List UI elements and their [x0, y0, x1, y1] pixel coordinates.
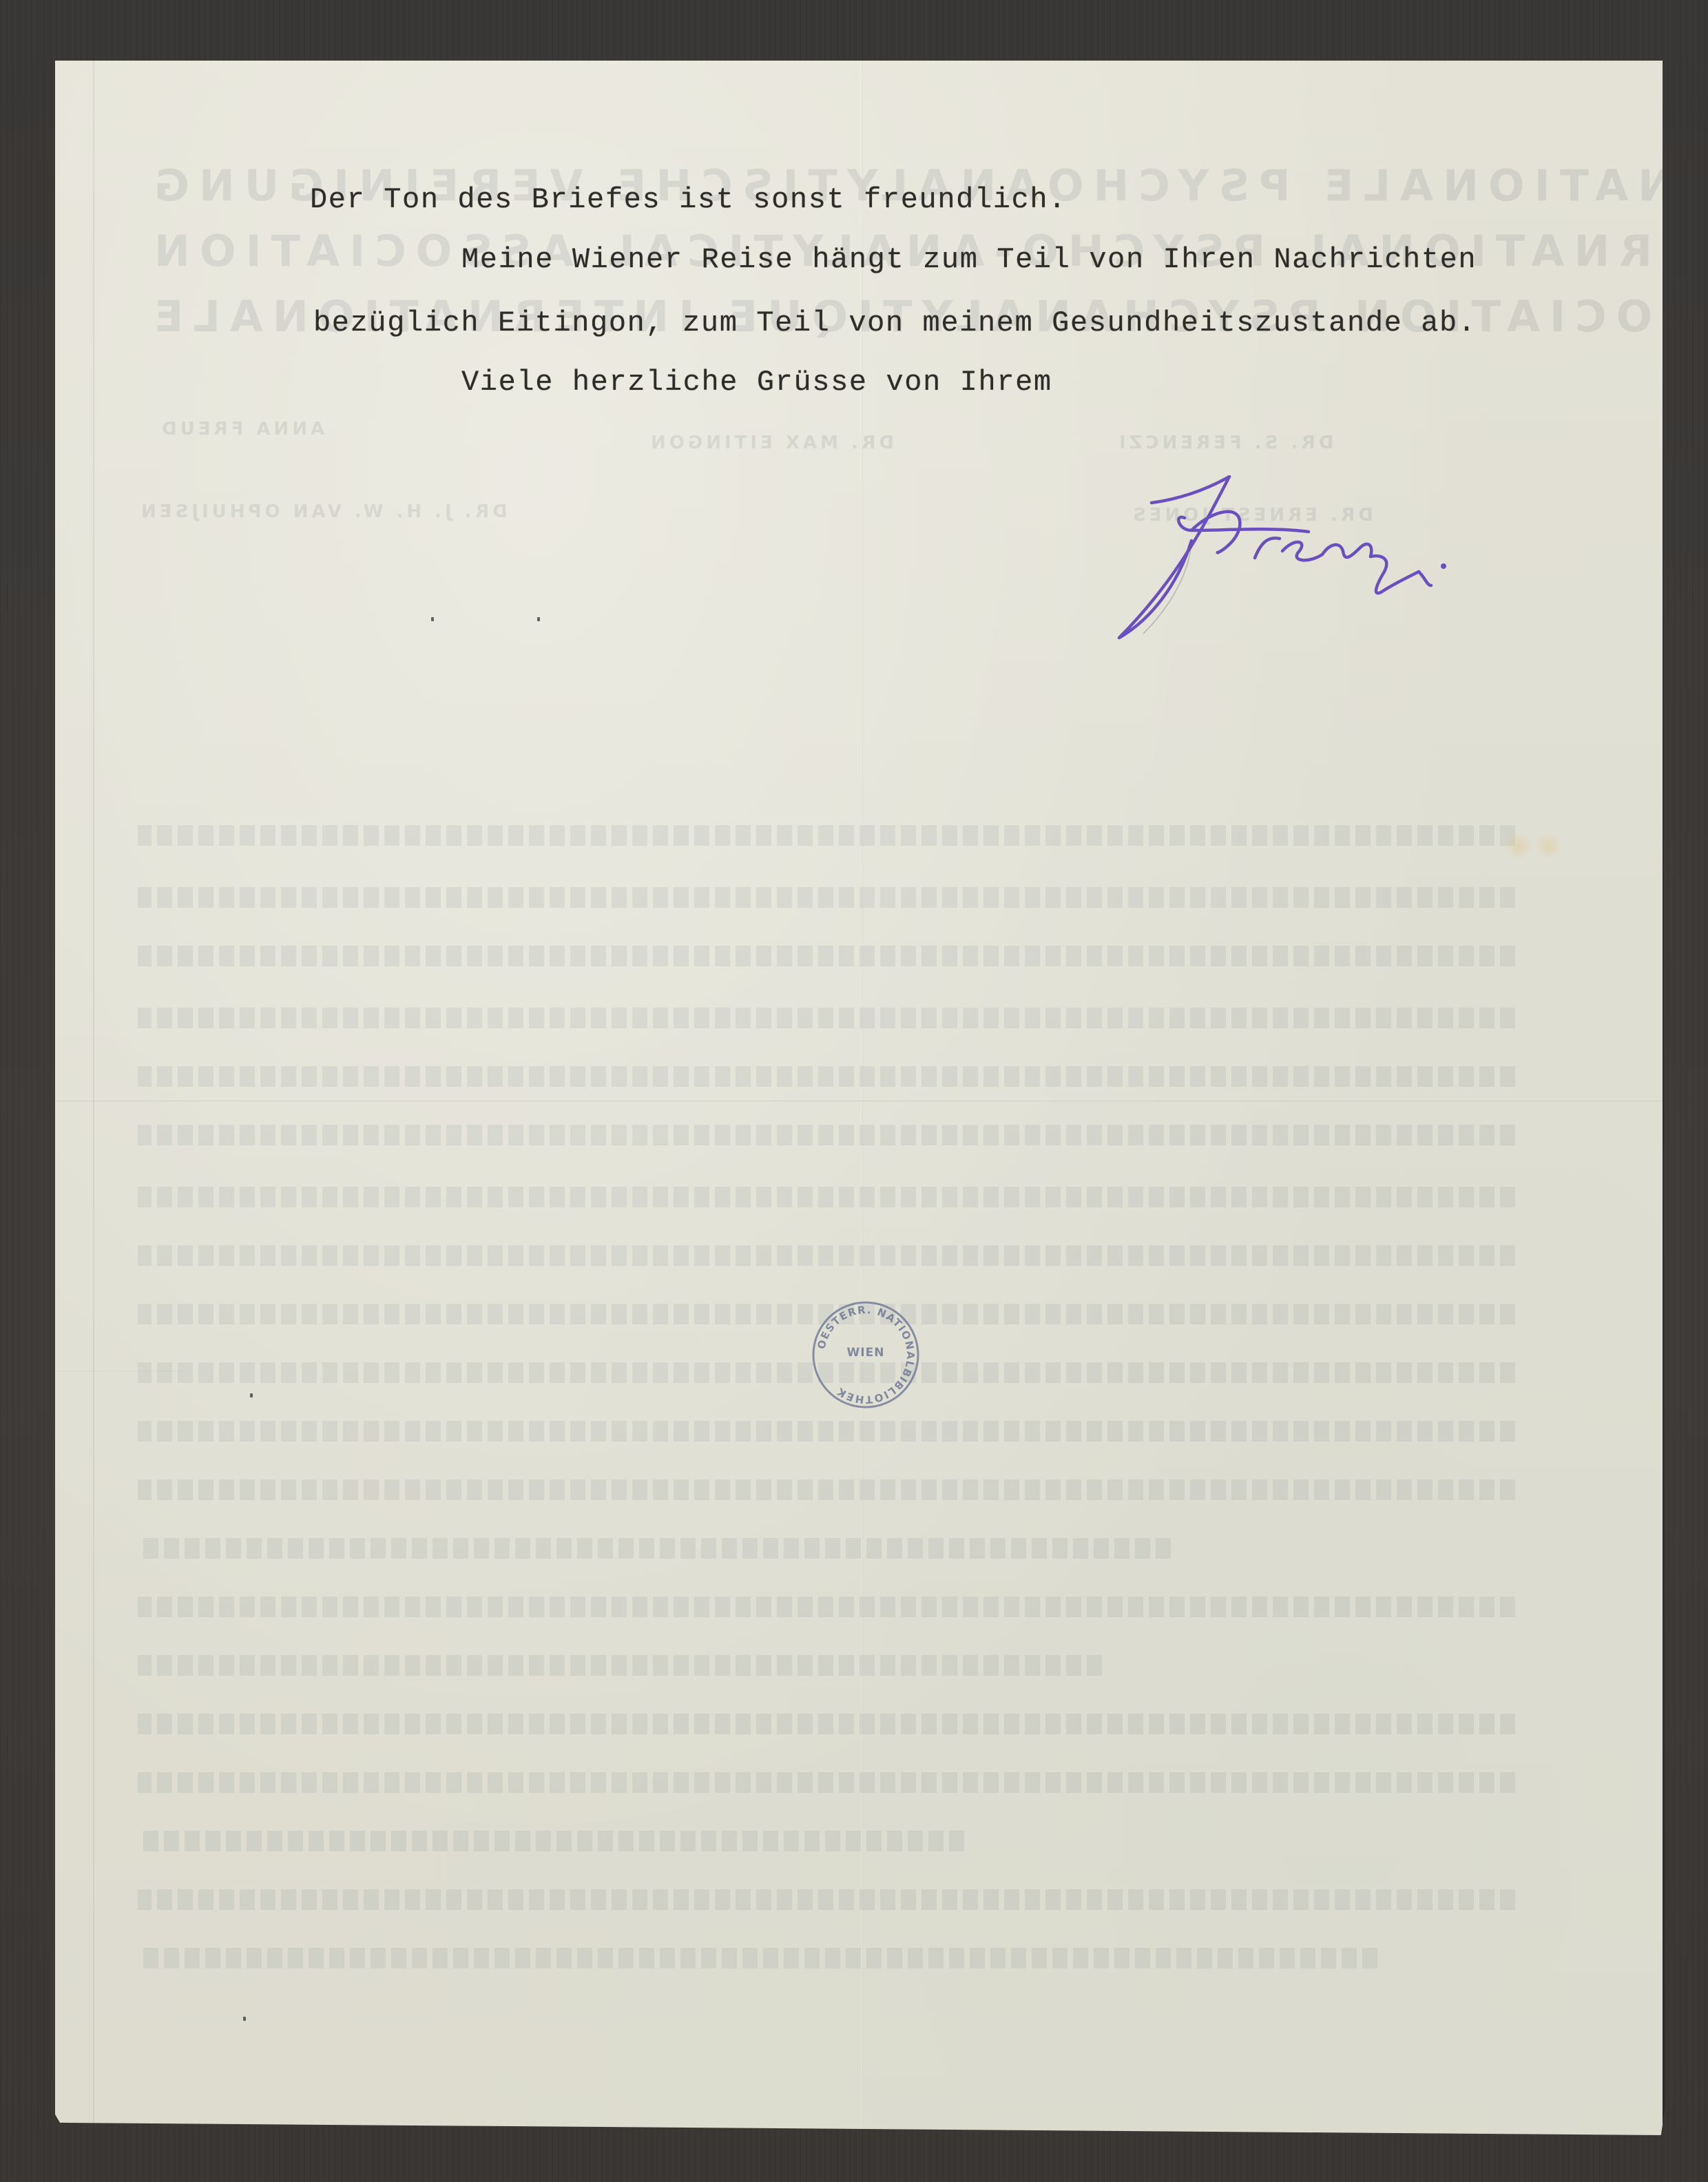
paper-stain — [1505, 832, 1532, 860]
letter-line-1: Der Ton des Briefes ist sonst freundlich… — [310, 183, 1067, 216]
bleed-name-4: DR. J. H. W. VAN OPHUIJSEN — [138, 501, 508, 522]
handwritten-signature: Ferenczi — [1102, 475, 1460, 661]
letter-line-3: bezüglich Eitingon, zum Teil von meinem … — [313, 306, 1477, 340]
letter-line-4: Viele herzliche Grüsse von Ihrem — [461, 366, 1052, 399]
stamp-center-text: WIEN — [811, 1346, 920, 1360]
ink-speck — [431, 617, 434, 621]
ink-speck — [243, 2017, 246, 2021]
signature-icon — [1102, 475, 1460, 661]
left-margin-crease — [93, 61, 94, 2135]
ink-speck — [250, 1393, 253, 1397]
horizontal-fold-line — [55, 1099, 1663, 1101]
library-stamp: OESTERR. NATIONALBIBLIOTHEK WIEN — [811, 1300, 920, 1409]
edge-tear-mark — [55, 1369, 184, 1371]
letter-page: INTERNATIONALE PSYCHOANALYTISCHE VEREINI… — [55, 61, 1663, 2135]
paper-stain — [1536, 832, 1561, 860]
bleed-name-1: ANNA FREUD — [158, 419, 324, 439]
bleed-name-3: DR. S. FERENCZI — [1116, 433, 1333, 453]
ink-speck — [537, 617, 540, 621]
letter-line-2: Meine Wiener Reise hängt zum Teil von Ih… — [461, 243, 1477, 276]
bleed-name-2: DR. MAX EITINGON — [647, 433, 894, 453]
